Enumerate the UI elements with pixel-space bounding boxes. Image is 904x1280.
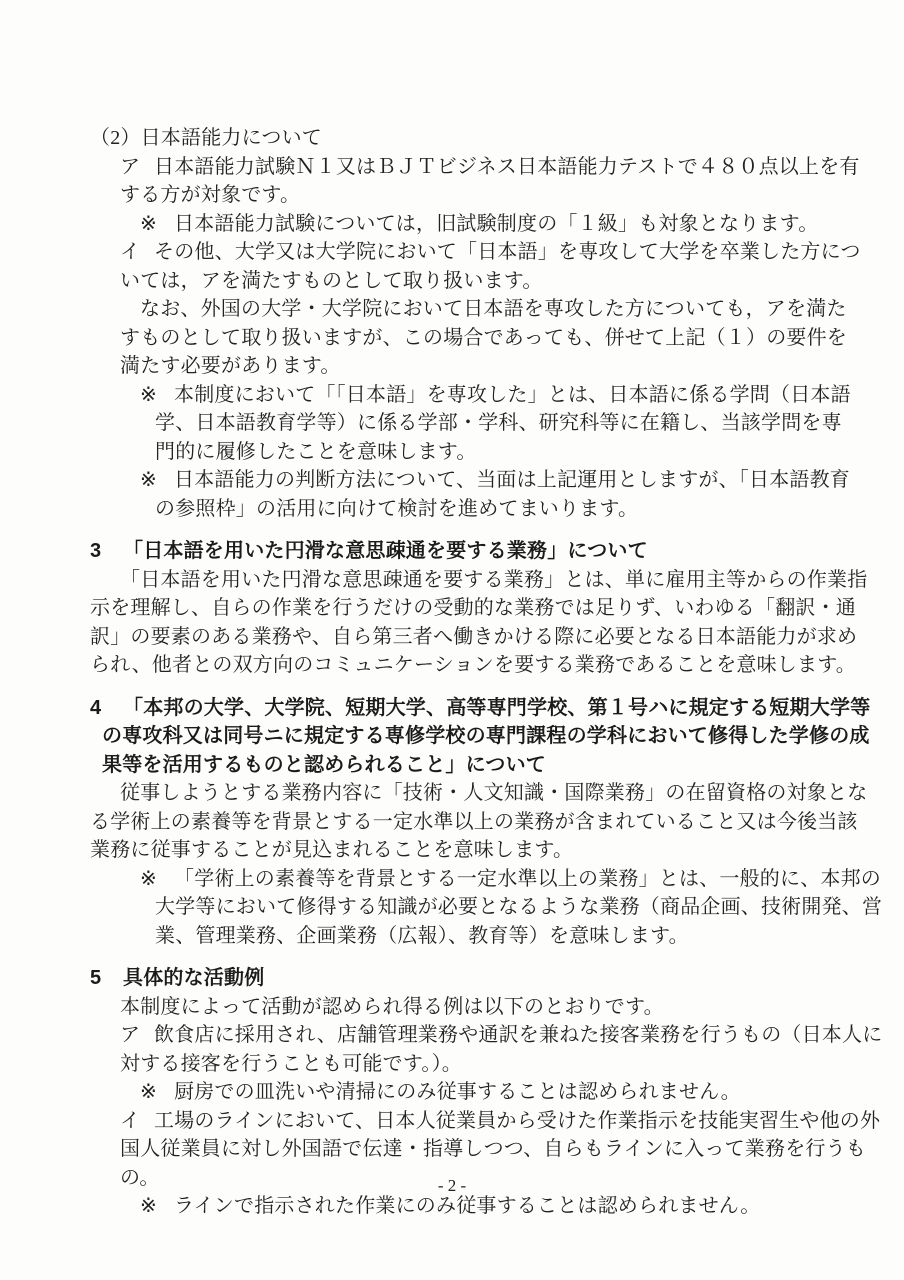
- document-line: なお、外国の大学・大学院において日本語を専攻した方についても，アを満た: [140, 295, 834, 324]
- document-line: イ工場のラインにおいて、日本人従業員から受けた作業指示を技能実習生や他の外: [120, 1107, 834, 1136]
- document-page: （2）日本語能力についてア日本語能力試験Ｎ１又はＢＪＴビジネス日本語能力テストで…: [0, 0, 904, 1280]
- document-line: 業、管理業務、企画業務（広報）、教育等）を意味します。: [155, 922, 834, 951]
- section-3-communication-duties: 3「日本語を用いた円滑な意思疎通を要する業務」について「日本語を用いた円滑な意思…: [90, 537, 834, 680]
- document-line: 従事しようとする業務内容に「技術・人文知識・国際業務」の在留資格の対象とな: [120, 779, 834, 808]
- document-line: ※ラインで指示された作業にのみ従事することは認められません。: [140, 1192, 834, 1221]
- document-line: 業務に従事することが見込まれることを意味します。: [90, 836, 834, 865]
- document-line: 5具体的な活動例: [90, 964, 834, 993]
- line-text: 「本邦の大学、大学院、短期大学、高等専門学校、第１号ハに規定する短期大学等: [123, 694, 870, 723]
- document-line: 4「本邦の大学、大学院、短期大学、高等専門学校、第１号ハに規定する短期大学等: [90, 694, 834, 723]
- line-marker: ※: [140, 466, 174, 495]
- line-marker: イ: [120, 238, 154, 267]
- document-line: ※「学術上の素養等を背景とする一定水準以上の業務」とは、一般的に、本邦の: [140, 865, 834, 894]
- line-text: 具体的な活動例: [123, 964, 264, 993]
- document-line: すものとして取り扱いますが、この場合であっても、併せて上記（１）の要件を: [120, 324, 834, 353]
- document-line: 本制度によって活動が認められ得る例は以下のとおりです。: [120, 993, 834, 1022]
- document-line: 果等を活用するものと認められること」について: [102, 751, 834, 780]
- document-line: 大学等において修得する知識が必要となるような業務（商品企画、技術開発、営: [155, 893, 834, 922]
- line-text: 厨房での皿洗いや清掃にのみ従事することは認められません。: [174, 1078, 741, 1107]
- document-line: ※日本語能力試験については，旧試験制度の「１級」も対象となります。: [140, 210, 834, 239]
- document-line: の参照枠」の活用に向けて検討を進めてまいります。: [155, 495, 834, 524]
- document-line: ア飲食店に採用され、店舗管理業務や通訳を兼ねた接客業務を行うもの（日本人に: [120, 1021, 834, 1050]
- document-content: （2）日本語能力についてア日本語能力試験Ｎ１又はＢＪＴビジネス日本語能力テストで…: [90, 124, 834, 1221]
- line-marker: ※: [140, 865, 174, 894]
- line-text: 日本語能力試験については，旧試験制度の「１級」も対象となります。: [174, 210, 818, 239]
- document-line: られ、他者との双方向のコミュニケーションを要する業務であることを意味します。: [90, 651, 834, 680]
- document-line: いては，アを満たすものとして取り扱います。: [120, 267, 834, 296]
- line-marker: 5: [90, 964, 123, 993]
- line-marker: 4: [90, 694, 123, 723]
- line-text: 工場のラインにおいて、日本人従業員から受けた作業指示を技能実習生や他の外: [154, 1107, 880, 1136]
- document-line: ※本制度において「「日本語」を専攻した」とは、日本語に係る学問（日本語: [140, 381, 834, 410]
- document-line: する方が対象です。: [120, 181, 834, 210]
- line-marker: 3: [90, 537, 123, 566]
- line-text: 日本語能力の判断方法について、当面は上記運用としますが、「日本語教育: [174, 466, 850, 495]
- line-text: 「日本語を用いた円滑な意思疎通を要する業務」について: [123, 537, 648, 566]
- line-marker: ※: [140, 210, 174, 239]
- line-marker: ア: [120, 1021, 154, 1050]
- line-text: 「学術上の素養等を背景とする一定水準以上の業務」とは、一般的に、本邦の: [174, 865, 881, 894]
- document-line: 示を理解し、自らの作業を行うだけの受動的な業務では足りず、いわゆる「翻訳・通: [90, 594, 834, 623]
- document-line: 満たす必要があります。: [120, 352, 834, 381]
- document-line: の専攻科又は同号ニに規定する専修学校の専門課程の学科において修得した学修の成: [102, 722, 834, 751]
- section-4-academic-background: 4「本邦の大学、大学院、短期大学、高等専門学校、第１号ハに規定する短期大学等の専…: [90, 694, 834, 951]
- document-line: 対する接客を行うことも可能です。）。: [120, 1050, 834, 1079]
- line-text: その他、大学又は大学院において「日本語」を専攻して大学を卒業した方につ: [154, 238, 861, 267]
- line-marker: ア: [120, 153, 154, 182]
- line-text: 本制度において「「日本語」を専攻した」とは、日本語に係る学問（日本語: [174, 381, 851, 410]
- document-line: （2）日本語能力について: [90, 124, 834, 153]
- line-marker: ※: [140, 1192, 174, 1221]
- document-line: 国人従業員に対し外国語で伝達・指導しつつ、自らもラインに入って業務を行うも: [120, 1135, 834, 1164]
- document-line: 「日本語を用いた円滑な意思疎通を要する業務」とは、単に雇用主等からの作業指: [120, 566, 834, 595]
- document-line: 門的に履修したことを意味します。: [155, 438, 834, 467]
- document-line: イその他、大学又は大学院において「日本語」を専攻して大学を卒業した方につ: [120, 238, 834, 267]
- line-marker: イ: [120, 1107, 154, 1136]
- document-line: る学術上の素養等を背景とする一定水準以上の業務が含まれていること又は今後当該: [90, 808, 834, 837]
- line-text: 飲食店に採用され、店舗管理業務や通訳を兼ねた接客業務を行うもの（日本人に: [154, 1021, 882, 1050]
- document-line: 学、日本語教育学等）に係る学部・学科、研究科等に在籍し、当該学問を専: [155, 409, 834, 438]
- line-marker: ※: [140, 1078, 174, 1107]
- line-marker: ※: [140, 381, 174, 410]
- line-text: ラインで指示された作業にのみ従事することは認められません。: [174, 1192, 760, 1221]
- page-number: - 2 -: [0, 1176, 904, 1196]
- document-line: 3「日本語を用いた円滑な意思疎通を要する業務」について: [90, 537, 834, 566]
- line-text: 日本語能力試験Ｎ１又はＢＪＴビジネス日本語能力テストで４８０点以上を有: [154, 153, 860, 182]
- document-line: ア日本語能力試験Ｎ１又はＢＪＴビジネス日本語能力テストで４８０点以上を有: [120, 153, 834, 182]
- document-line: ※日本語能力の判断方法について、当面は上記運用としますが、「日本語教育: [140, 466, 834, 495]
- section-japanese-ability: （2）日本語能力についてア日本語能力試験Ｎ１又はＢＪＴビジネス日本語能力テストで…: [90, 124, 834, 523]
- document-line: 訳」の要素のある業務や、自ら第三者へ働きかける際に必要となる日本語能力が求め: [90, 623, 834, 652]
- document-line: ※厨房での皿洗いや清掃にのみ従事することは認められません。: [140, 1078, 834, 1107]
